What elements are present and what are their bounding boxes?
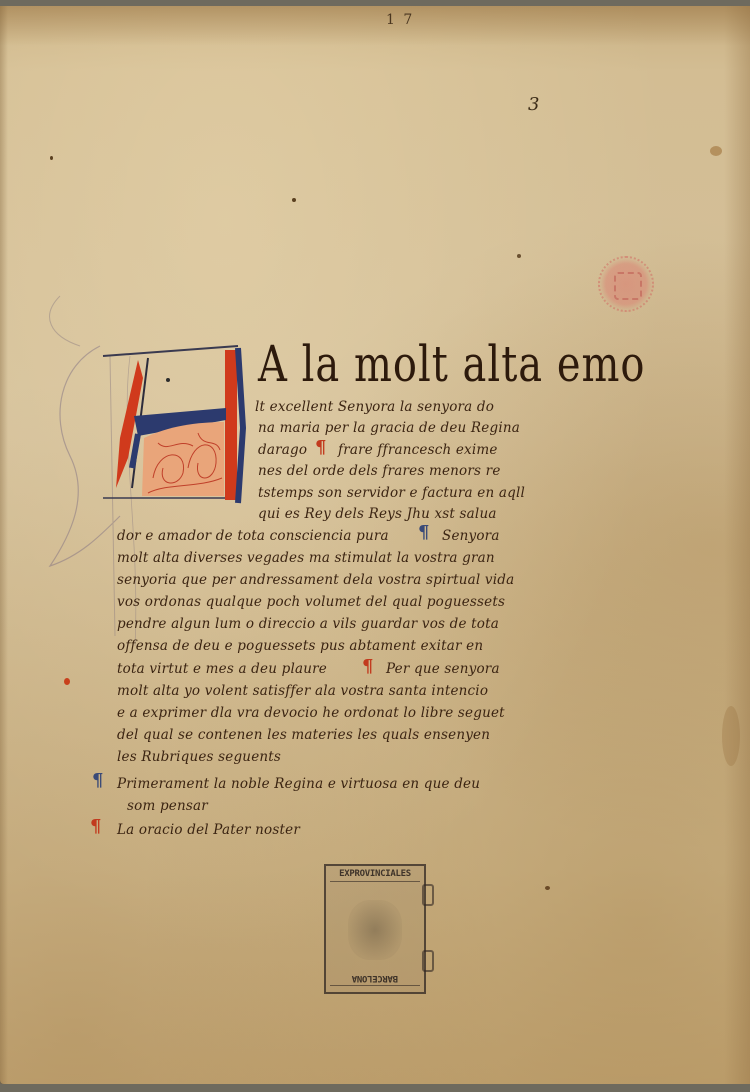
- title-line: A la molt alta emo: [258, 336, 646, 394]
- text-line: del qual se contenen les materies les qu…: [117, 727, 490, 743]
- paragraph-mark: ¶: [418, 522, 429, 543]
- stamp-bottom-text: BARCELONA: [330, 973, 420, 986]
- text-line: frare ffrancesch exime: [338, 442, 498, 458]
- text-line: vos ordonas qualque poch volumet del qua…: [117, 594, 505, 610]
- left-edge-shadow: [0, 6, 8, 1084]
- paragraph-mark: ¶: [92, 770, 103, 791]
- ink-spot: [517, 254, 521, 258]
- stain: [710, 146, 722, 156]
- text-line: molt alta yo volent satisffer ala vostra…: [117, 683, 488, 699]
- text-line: pendre algun lum o direccio a vils guard…: [117, 616, 499, 632]
- stamp-top-text: EXPROVINCIALES: [330, 869, 420, 882]
- text-line: na maria per la gracia de deu Regina: [258, 420, 520, 436]
- red-spot: [64, 678, 70, 685]
- ink-spot: [292, 198, 296, 202]
- text-line: e a exprimer dla vra devocio he ordonat …: [117, 705, 505, 721]
- text-line: tota virtut e mes a deu plaure: [117, 661, 327, 677]
- text-line: darago: [258, 442, 307, 458]
- text-line: nes del orde dels frares menors re: [258, 463, 501, 479]
- stamp-tab: [422, 884, 434, 906]
- text-line: tstemps son servidor e factura en aqll: [258, 485, 525, 501]
- right-edge-shadow: [724, 6, 750, 1084]
- illuminated-initial: [98, 338, 248, 508]
- paragraph-mark: ¶: [362, 656, 373, 677]
- initial-a-icon: [98, 338, 248, 508]
- paragraph-mark: ¶: [90, 816, 101, 837]
- text-line: qui es Rey dels Reys Jhu xst salua: [258, 506, 497, 522]
- stamp-emblem: [348, 900, 402, 960]
- text-line: offensa de deu e poguessets pus abtament…: [117, 638, 483, 654]
- text-line: Senyora: [442, 528, 500, 544]
- top-mark: 1 7: [386, 12, 414, 28]
- stain: [722, 706, 740, 766]
- top-edge-stain: [0, 6, 750, 46]
- stamp-tab: [422, 950, 434, 972]
- paragraph-mark: ¶: [315, 437, 326, 458]
- text-line: dor e amador de tota consciencia pura: [117, 528, 389, 544]
- folio-number: 3: [528, 94, 539, 115]
- text-line: lt excellent Senyora la senyora do: [255, 399, 494, 415]
- manuscript-page: 1 7 3: [0, 6, 750, 1084]
- text-line: senyoria que per andressament dela vostr…: [117, 572, 514, 588]
- ink-spot: [50, 156, 53, 160]
- text-line: Per que senyora: [386, 661, 500, 677]
- text-line: les Rubriques seguents: [117, 749, 281, 765]
- rubric-item: Primerament la noble Regina e virtuosa e…: [117, 776, 480, 792]
- ink-spot: [545, 886, 550, 890]
- library-stamp: EXPROVINCIALES BARCELONA: [324, 864, 426, 994]
- text-line: molt alta diverses vegades ma stimulat l…: [117, 550, 495, 566]
- red-seal-stamp: [598, 256, 654, 312]
- rubric-item: som pensar: [127, 798, 208, 814]
- rubric-item: La oracio del Pater noster: [117, 822, 300, 838]
